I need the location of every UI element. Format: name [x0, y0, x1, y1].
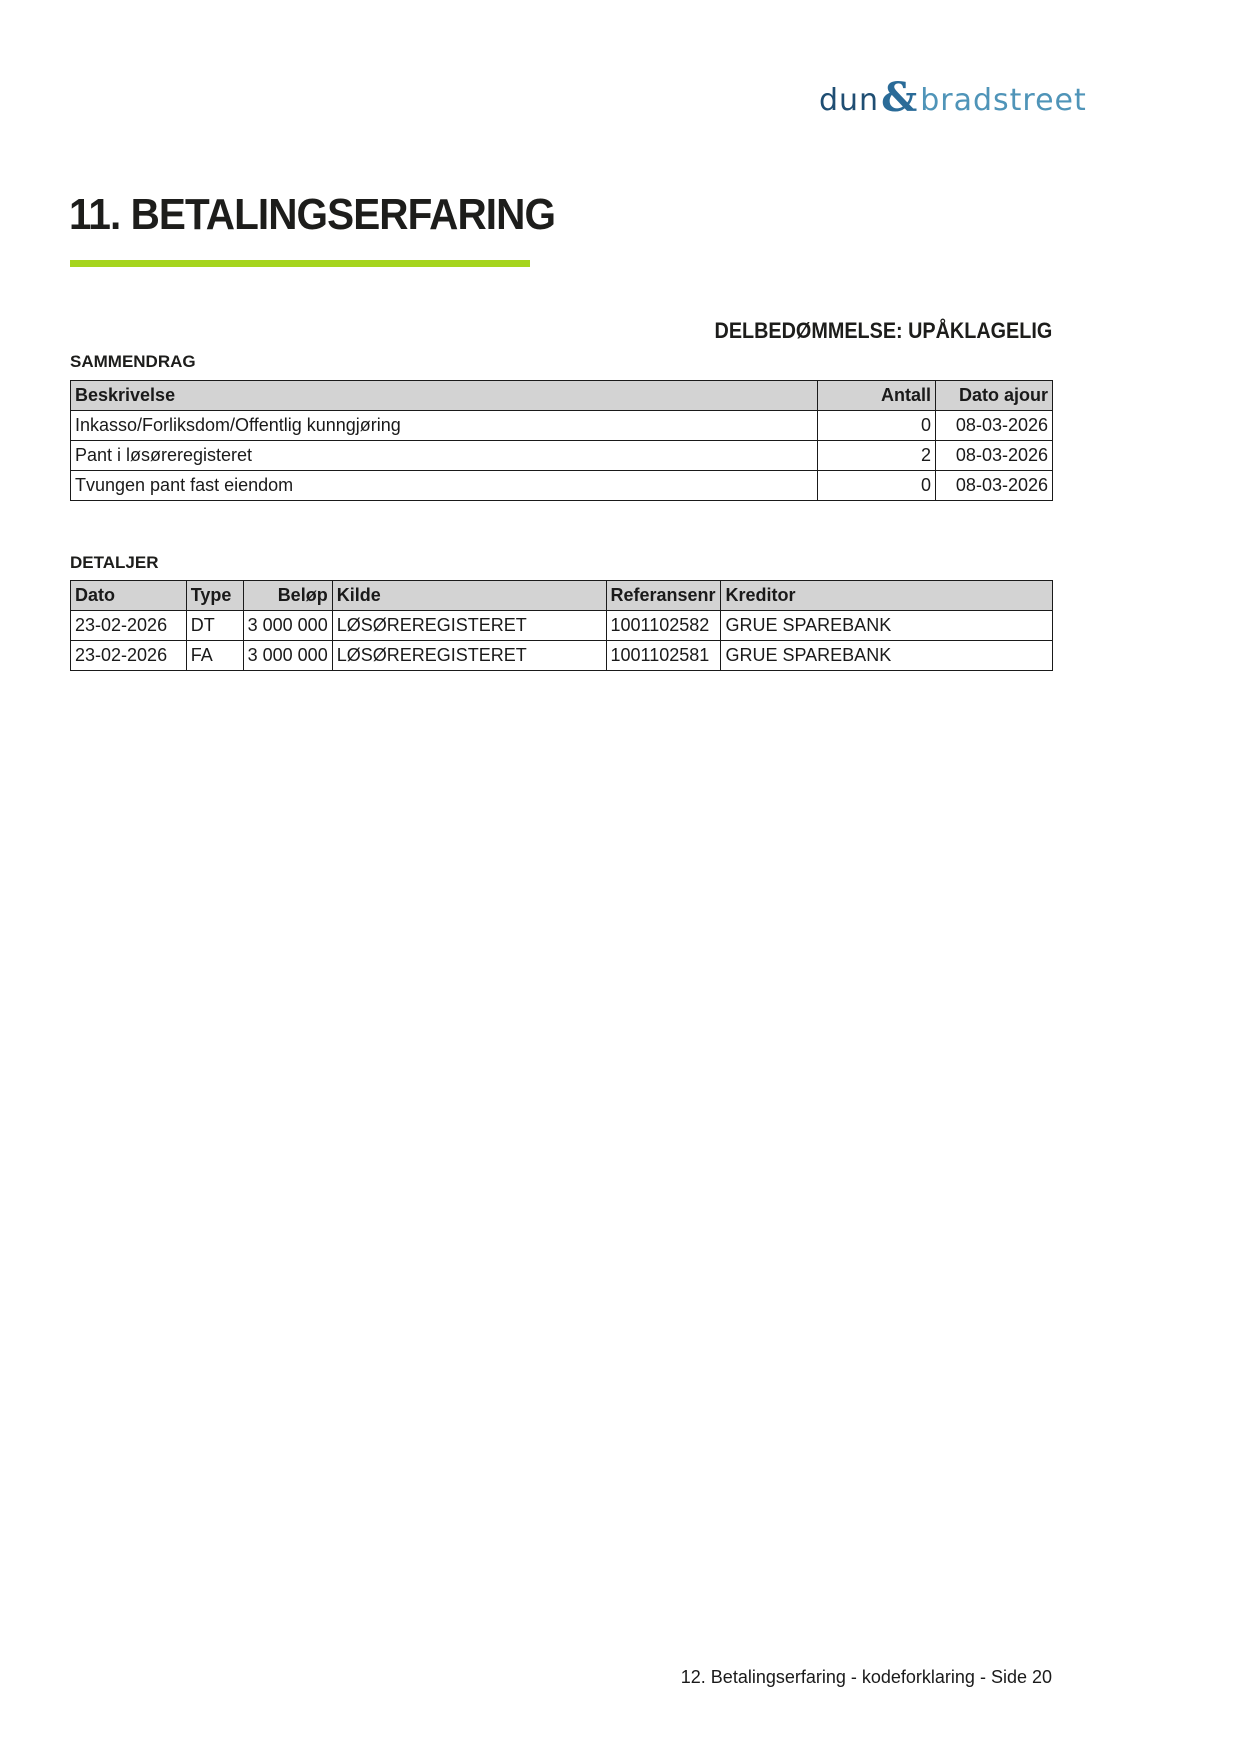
cell-date: 08-03-2026: [936, 471, 1053, 501]
column-header-creditor: Kreditor: [721, 581, 1053, 611]
cell-date: 23-02-2026: [71, 611, 187, 641]
table-row: Tvungen pant fast eiendom 0 08-03-2026: [71, 471, 1053, 501]
table-row: Pant i løsøreregisteret 2 08-03-2026: [71, 441, 1053, 471]
sub-rating: DELBEDØMMELSE: UPÅKLAGELIG: [714, 318, 1052, 344]
cell-creditor: GRUE SPAREBANK: [721, 641, 1053, 671]
summary-header-row: Beskrivelse Antall Dato ajour: [71, 381, 1053, 411]
cell-amount: 3 000 000: [243, 611, 332, 641]
table-row: 23-02-2026 DT 3 000 000 LØSØREREGISTERET…: [71, 611, 1053, 641]
cell-count: 2: [818, 441, 936, 471]
column-header-source: Kilde: [332, 581, 606, 611]
cell-creditor: GRUE SPAREBANK: [721, 611, 1053, 641]
table-row: 23-02-2026 FA 3 000 000 LØSØREREGISTERET…: [71, 641, 1053, 671]
details-section-label: DETALJER: [70, 553, 158, 573]
column-header-type: Type: [186, 581, 243, 611]
logo-text-bradstreet: bradstreet: [920, 83, 1087, 118]
summary-section-label: SAMMENDRAG: [70, 352, 196, 372]
column-header-date-updated: Dato ajour: [936, 381, 1053, 411]
summary-table: Beskrivelse Antall Dato ajour Inkasso/Fo…: [70, 380, 1053, 501]
title-underline: [70, 260, 530, 267]
cell-type: FA: [186, 641, 243, 671]
details-table: Dato Type Beløp Kilde Referansenr Kredit…: [70, 580, 1053, 671]
column-header-reference: Referansenr: [606, 581, 721, 611]
cell-count: 0: [818, 411, 936, 441]
table-row: Inkasso/Forliksdom/Offentlig kunngjøring…: [71, 411, 1053, 441]
cell-type: DT: [186, 611, 243, 641]
cell-description: Tvungen pant fast eiendom: [71, 471, 818, 501]
cell-reference: 1001102582: [606, 611, 721, 641]
cell-date: 23-02-2026: [71, 641, 187, 671]
column-header-count: Antall: [818, 381, 936, 411]
cell-description: Pant i løsøreregisteret: [71, 441, 818, 471]
column-header-amount: Beløp: [243, 581, 332, 611]
cell-date: 08-03-2026: [936, 441, 1053, 471]
logo-text-dun: dun: [819, 83, 879, 118]
cell-date: 08-03-2026: [936, 411, 1053, 441]
cell-source: LØSØREREGISTERET: [332, 641, 606, 671]
page-title: 11. BETALINGSERFARING: [69, 190, 555, 240]
logo-ampersand-icon: &: [881, 74, 918, 121]
page-footer: 12. Betalingserfaring - kodeforklaring -…: [681, 1667, 1052, 1688]
dun-bradstreet-logo: dun & bradstreet: [819, 78, 1054, 122]
cell-reference: 1001102581: [606, 641, 721, 671]
cell-amount: 3 000 000: [243, 641, 332, 671]
details-header-row: Dato Type Beløp Kilde Referansenr Kredit…: [71, 581, 1053, 611]
cell-description: Inkasso/Forliksdom/Offentlig kunngjøring: [71, 411, 818, 441]
cell-count: 0: [818, 471, 936, 501]
cell-source: LØSØREREGISTERET: [332, 611, 606, 641]
column-header-description: Beskrivelse: [71, 381, 818, 411]
column-header-date: Dato: [71, 581, 187, 611]
